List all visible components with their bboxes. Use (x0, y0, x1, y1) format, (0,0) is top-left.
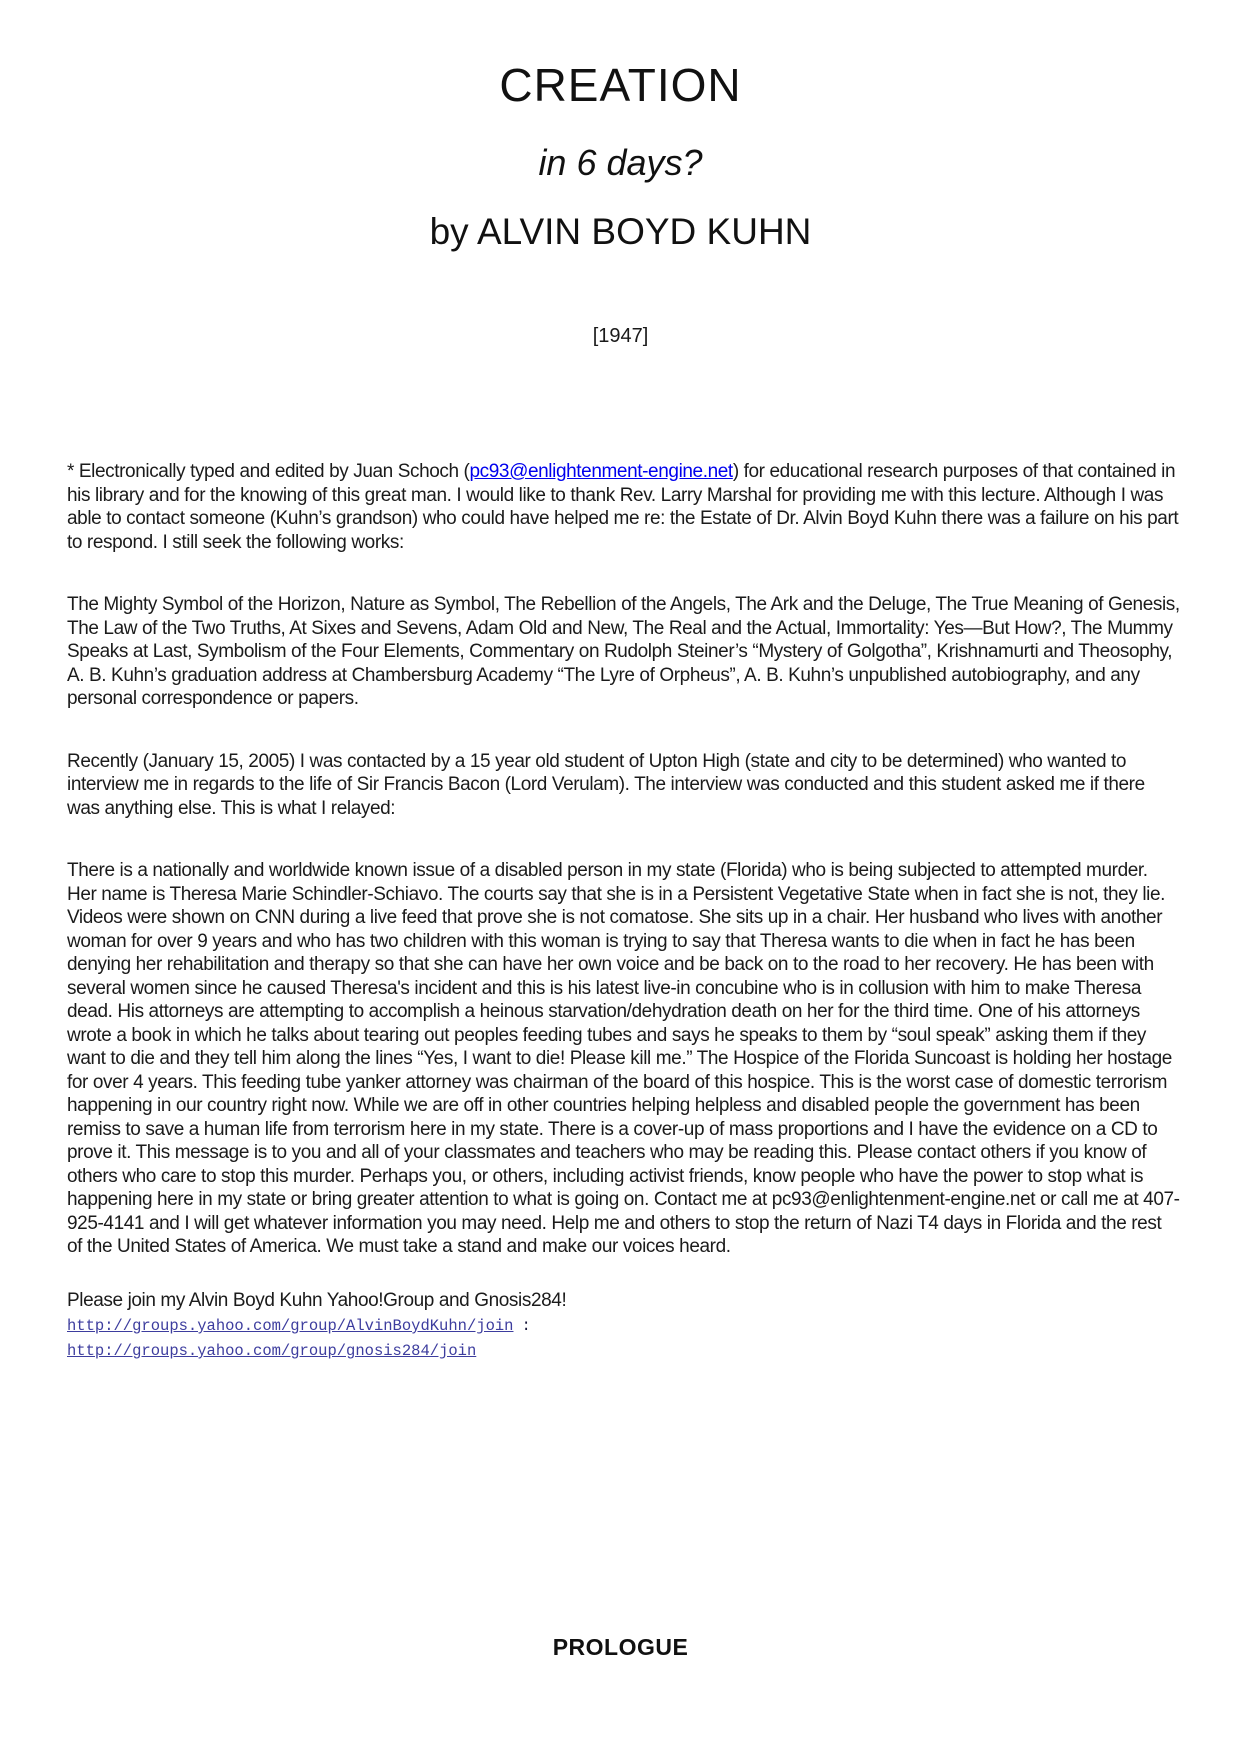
document-body: * Electronically typed and edited by Jua… (67, 460, 1181, 1364)
document-page: CREATION in 6 days? by ALVIN BOYD KUHN [… (0, 0, 1241, 1754)
title-block: CREATION in 6 days? by ALVIN BOYD KUHN [… (0, 0, 1241, 348)
gnosis284-link-line: http://groups.yahoo.com/group/gnosis284/… (67, 1339, 1181, 1364)
editor-email-link[interactable]: pc93@enlightenment-engine.net (469, 461, 732, 482)
page-subtitle: in 6 days? (0, 142, 1241, 184)
editor-note-pre: * Electronically typed and edited by Jua… (67, 461, 469, 482)
section-heading-prologue: PROLOGUE (0, 1634, 1241, 1661)
editor-note-paragraph: * Electronically typed and edited by Jua… (67, 460, 1181, 554)
gnosis284-group-link[interactable]: http://groups.yahoo.com/group/gnosis284/… (67, 1342, 476, 1360)
schiavo-message-paragraph: There is a nationally and worldwide know… (67, 859, 1181, 1259)
byline: by ALVIN BOYD KUHN (0, 210, 1241, 254)
interview-note-paragraph: Recently (January 15, 2005) I was contac… (67, 750, 1181, 821)
publication-year: [1947] (0, 324, 1241, 348)
byline-author: ALVIN BOYD KUHN (477, 211, 811, 252)
alvinboydkuhn-group-link[interactable]: http://groups.yahoo.com/group/AlvinBoydK… (67, 1317, 513, 1335)
alvinboydkuhn-link-line: http://groups.yahoo.com/group/AlvinBoydK… (67, 1314, 1181, 1339)
link-colon-separator: : (521, 1317, 530, 1335)
page-title: CREATION (0, 0, 1241, 110)
works-list-paragraph: The Mighty Symbol of the Horizon, Nature… (67, 593, 1181, 711)
byline-prefix: by (430, 211, 477, 252)
join-invitation-line: Please join my Alvin Boyd Kuhn Yahoo!Gro… (67, 1289, 1181, 1313)
